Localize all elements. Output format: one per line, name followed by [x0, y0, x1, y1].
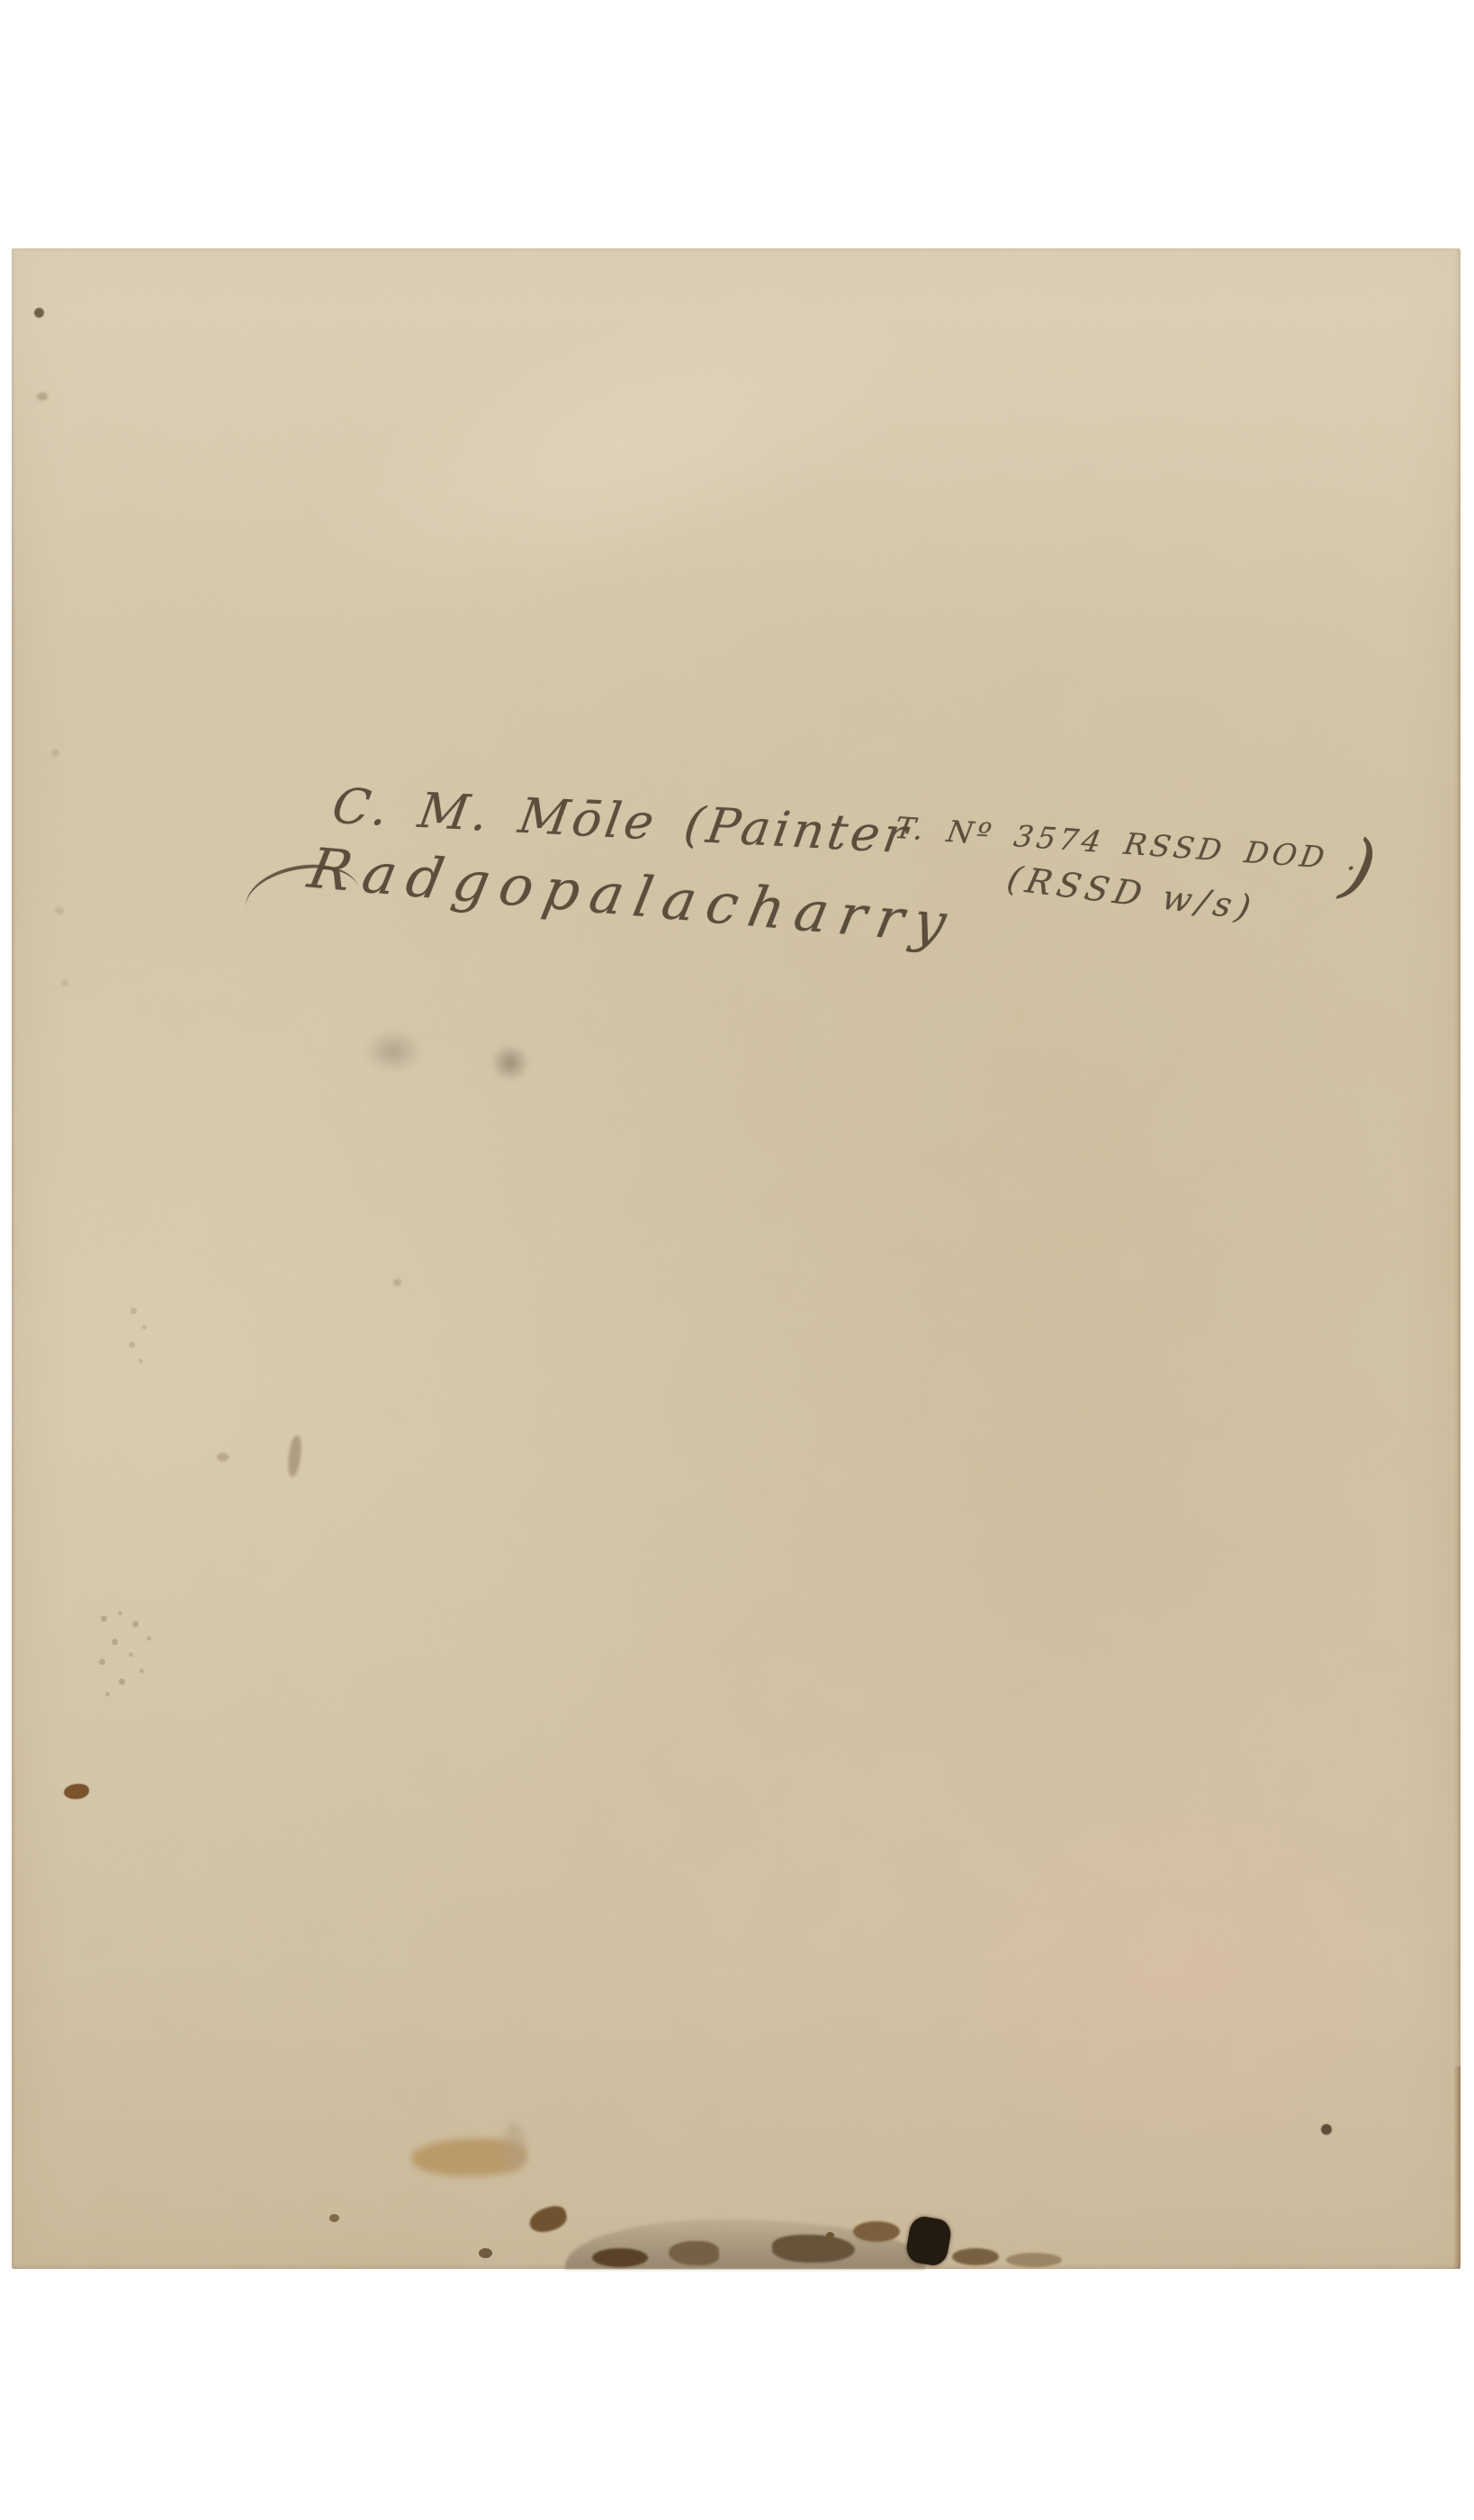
stain-speck-mid-2 [217, 1453, 229, 1462]
damage-speck [479, 2248, 492, 2258]
tone-darker-midright [813, 1058, 1353, 1868]
stain-speck-leftedge-3 [61, 979, 68, 986]
tone-pink-bottomright [957, 1783, 1425, 2161]
stain-ochre-patch-bottom [411, 2138, 526, 2176]
stain-speckle-field-left [93, 1609, 97, 1614]
damage-dark-diamond-spot [904, 2214, 953, 2267]
paper-right-edge-shadow [1453, 2066, 1461, 2269]
damage-chunk [952, 2248, 999, 2265]
stain-dot-topleft [34, 308, 44, 318]
stain-faint-smudge-bottom [502, 2122, 526, 2173]
stain-vertical-dash [286, 1435, 303, 1477]
damage-chunk [772, 2235, 855, 2263]
stain-speckle-cluster-left [126, 1303, 130, 1308]
damage-gray-mass-bottom [565, 2219, 925, 2269]
damage-chunk [1006, 2253, 1062, 2267]
paper-mottle-texture [12, 248, 1461, 2269]
inscription-sub-note: (RSSD w/s) [1003, 859, 1260, 928]
damage-chunk [669, 2241, 719, 2265]
stain-dot-topleft-2 [37, 392, 48, 400]
damage-chunk [592, 2248, 648, 2267]
stain-speck-leftedge-2 [55, 907, 64, 914]
tone-diagonal-streak [288, 238, 959, 655]
damage-speck [329, 2214, 339, 2222]
stain-speck-mid [393, 1279, 401, 1286]
inscription-number-line: T. Nº 3574 RSSD DOD . [892, 810, 1363, 877]
paper-grain-texture [12, 248, 1461, 2269]
stain-speck-leftedge [51, 749, 59, 757]
stain-smudge-center [364, 1030, 422, 1073]
tone-dark-bottom [12, 1972, 1461, 2269]
stain-brown-spot-leftedge [64, 1784, 89, 1799]
stain-smudge-center-2 [490, 1044, 530, 1082]
photo-background: C. M. Mōle (Painter T. Nº 3574 RSSD DOD … [0, 0, 1474, 2520]
tone-light-top [12, 248, 1461, 626]
damage-chunk [526, 2203, 569, 2236]
paper-sheet: C. M. Mōle (Painter T. Nº 3574 RSSD DOD … [12, 248, 1461, 2269]
stain-dot-bottomright [1321, 2124, 1332, 2135]
damage-chunk [853, 2221, 900, 2242]
damage-speck [826, 2232, 834, 2239]
